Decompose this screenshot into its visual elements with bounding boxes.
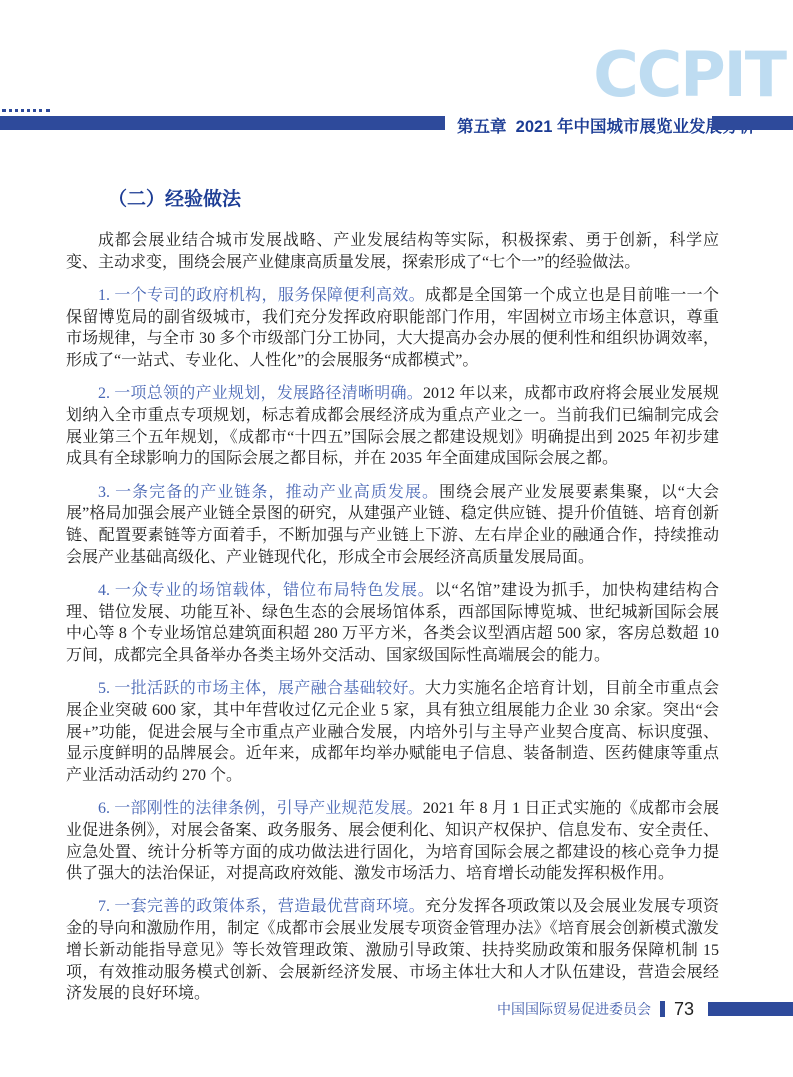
experience-item-7: 7. 一套完善的政策体系，营造最优营商环境。充分发挥各项政策以及会展业发展专项资… <box>66 896 719 1005</box>
footer-rule-right <box>708 1002 793 1016</box>
item-lead: 一个专司的政府机构，服务保障便利高效。 <box>114 287 425 304</box>
experience-item-3: 3. 一条完备的产业链条，推动产业高质发展。围绕会展产业发展要素集聚，以“大会展… <box>66 482 719 569</box>
page-number: 73 <box>674 999 694 1020</box>
item-number: 3. <box>98 484 110 501</box>
item-number: 4. <box>98 582 110 599</box>
item-lead: 一批活跃的市场主体，展产融合基础较好。 <box>114 680 425 697</box>
document-page: CCPIT 第五章 2021 年中国城市展览业发展分析 （二）经验做法 成都会展… <box>0 0 793 1077</box>
intro-paragraph: 成都会展业结合城市发展战略、产业发展结构等实际，积极探索、勇于创新，科学应变、主… <box>66 230 719 273</box>
chapter-heading: 第五章 2021 年中国城市展览业发展分析 <box>457 113 755 137</box>
main-content: （二）经验做法 成都会展业结合城市发展战略、产业发展结构等实际，积极探索、勇于创… <box>66 186 719 1017</box>
section-title: （二）经验做法 <box>108 186 719 214</box>
experience-item-2: 2. 一项总领的产业规划，发展路径清晰明确。2012 年以来，成都市政府将会展业… <box>66 383 719 470</box>
experience-item-5: 5. 一批活跃的市场主体，展产融合基础较好。大力实施名企培育计划，目前全市重点会… <box>66 678 719 787</box>
item-lead: 一部刚性的法律条例，引导产业规范发展。 <box>114 800 423 817</box>
item-number: 2. <box>98 385 110 402</box>
experience-item-1: 1. 一个专司的政府机构，服务保障便利高效。成都是全国第一个成立也是目前唯一一个… <box>66 285 719 372</box>
header-rule-right <box>712 116 793 130</box>
item-lead: 一众专业的场馆载体，错位布局特色发展。 <box>115 582 435 599</box>
item-number: 5. <box>98 680 110 697</box>
item-lead: 一套完善的政策体系，营造最优营商环境。 <box>114 898 425 915</box>
ccpit-logo: CCPIT <box>593 44 785 106</box>
page-footer: 中国国际贸易促进委员会 73 <box>497 996 793 1022</box>
footer-organization: 中国国际贸易促进委员会 <box>497 999 651 1019</box>
item-lead: 一条完备的产业链条，推动产业高质发展。 <box>115 484 439 501</box>
item-number: 1. <box>98 287 110 304</box>
experience-item-6: 6. 一部刚性的法律条例，引导产业规范发展。2021 年 8 月 1 日正式实施… <box>66 798 719 885</box>
item-number: 6. <box>98 800 110 817</box>
footer-separator-bar <box>660 1001 665 1017</box>
header-rule-left <box>0 116 445 130</box>
experience-item-4: 4. 一众专业的场馆载体，错位布局特色发展。以“名馆”建设为抓手，加快构建结构合… <box>66 580 719 667</box>
item-number: 7. <box>98 898 110 915</box>
header-dotted-mark <box>2 109 50 112</box>
item-lead: 一项总领的产业规划，发展路径清晰明确。 <box>114 385 423 402</box>
